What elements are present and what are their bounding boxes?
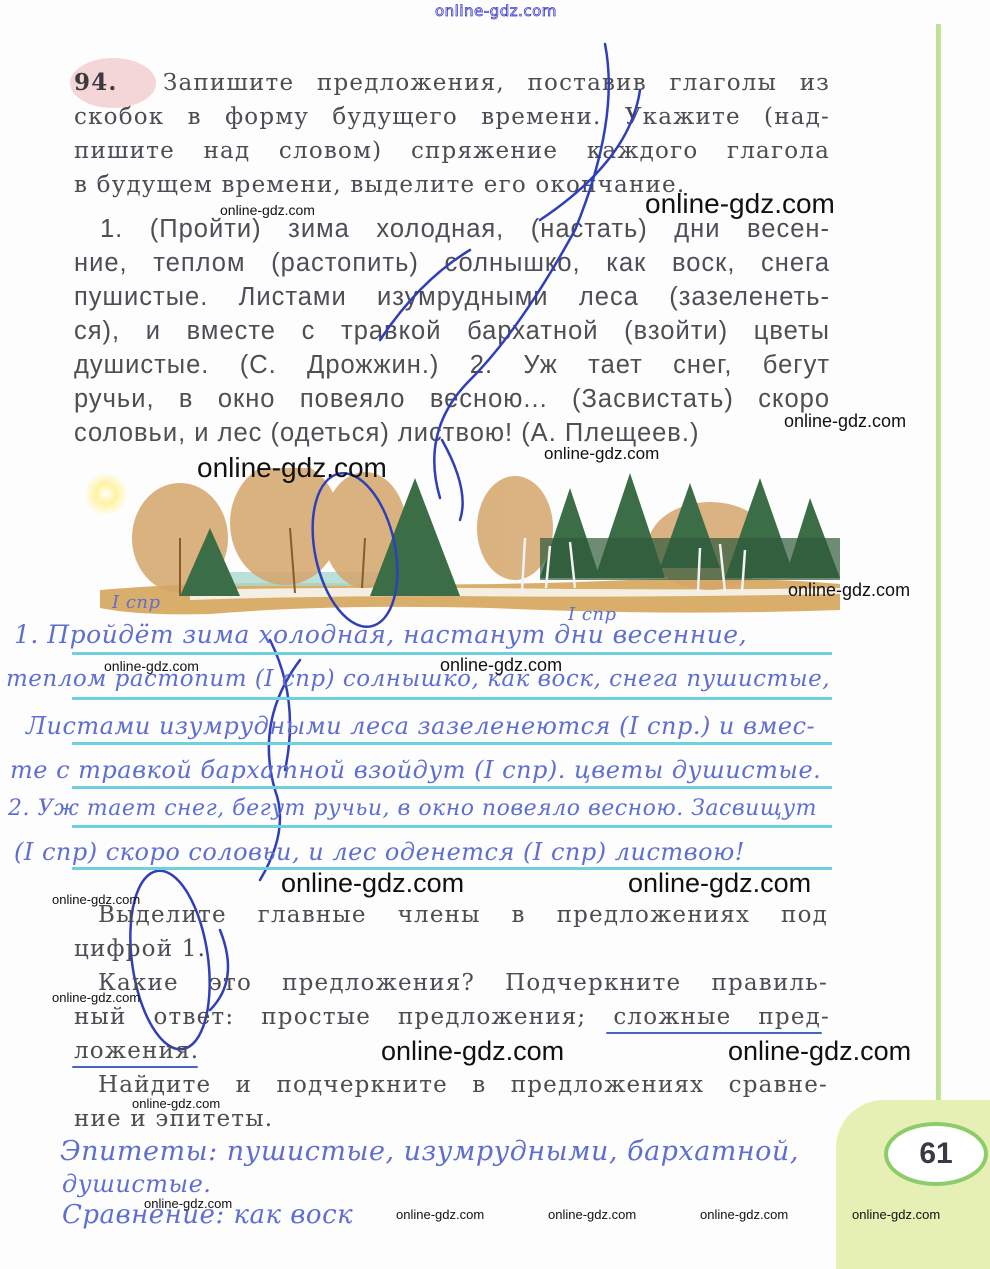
sun-icon [84, 472, 128, 516]
watermark: online-gdz.com [645, 188, 835, 220]
epithets-answer: Эпитеты: пушистые, изумрудными, бархатно… [60, 1136, 799, 1167]
ruled-line [72, 825, 832, 828]
answer-line: 2. Уж тает снег, бегут ручьи, в окно пов… [8, 796, 817, 821]
conjugation-note: I спр [112, 592, 161, 613]
watermark: online-gdz.com [132, 1096, 220, 1111]
workbook-page: online-gdz.com 61 94. Запишите предложен… [0, 0, 990, 1269]
watermark: online-gdz.com [700, 1207, 788, 1222]
poem-line: ся), и вместе с травкой бархатной (взойт… [74, 314, 830, 348]
watermark: online-gdz.com [852, 1207, 940, 1222]
answer-line: 1. Пройдёт зима холодная, настанут дни в… [14, 620, 747, 649]
watermark: online-gdz.com [381, 1036, 564, 1067]
watermark: online-gdz.com [544, 444, 659, 464]
epithets-answer-cont: душистые. [62, 1170, 211, 1198]
ruled-line [72, 742, 832, 745]
margin-rule [936, 24, 941, 1144]
watermark: online-gdz.com [788, 580, 910, 601]
poem-text: 1. (Пройти) зима холодная, (настать) дни… [74, 212, 830, 450]
answer-line: Листами изумрудными леса зазеленеются (I… [26, 712, 815, 740]
watermark: online-gdz.com [52, 892, 140, 907]
question-sentence-type: Какие это предложения? Подчеркните прави… [98, 966, 828, 1000]
instruction-line-3: пишите над словом) спряжение каждого гла… [74, 134, 830, 168]
watermark: online-gdz.com [104, 658, 199, 674]
page-number: 61 [884, 1122, 988, 1186]
task-number: 94. [74, 69, 118, 96]
watermark: online-gdz.com [784, 411, 906, 432]
watermark: online-gdz.com [52, 990, 140, 1005]
question-main-members-cont: цифрой 1. [74, 932, 830, 966]
watermark: online-gdz.com [440, 655, 562, 676]
watermark: online-gdz.com [628, 868, 811, 899]
task-instruction: 94. Запишите предложения, поставив глаго… [74, 66, 830, 202]
answer-line: (I спр) скоро соловьи, и лес оденется (I… [14, 838, 745, 866]
watermark: online-gdz.com [220, 202, 315, 218]
landscape-illustration [70, 468, 840, 618]
watermark: online-gdz.com [281, 868, 464, 899]
watermark: online-gdz.com [396, 1207, 484, 1222]
answer-line: те с травкой бархатной взойдут (I спр). … [10, 756, 821, 784]
question-main-members: Выделите главные члены в предложениях по… [98, 898, 828, 932]
watermark: online-gdz.com [728, 1036, 911, 1067]
watermark: online-gdz.com [197, 452, 387, 484]
watermark: online-gdz.com [144, 1196, 232, 1211]
ruled-line [72, 697, 832, 700]
poem-line: ручьи, в окно повеяло весною... (Засвист… [74, 382, 830, 416]
instruction-line-1: 94. Запишите предложения, поставив глаго… [74, 66, 830, 100]
poem-line: душистые. (С. Дрожжин.) 2. Уж тает снег,… [74, 348, 830, 382]
watermark: online-gdz.com [548, 1207, 636, 1222]
instruction-line-2: скобок в форму будущего времени. Укажите… [74, 100, 830, 134]
poem-line: ние, теплом (растопить) солнышко, как во… [74, 246, 830, 280]
poem-line: пушистые. Листами изумрудными леса (зазе… [74, 280, 830, 314]
ruled-line [72, 786, 832, 789]
site-watermark-top: online-gdz.com [435, 2, 557, 20]
poem-line: соловьи, и лес (одеться) листвою! (А. Пл… [74, 416, 830, 450]
answer-underline [606, 1032, 822, 1034]
